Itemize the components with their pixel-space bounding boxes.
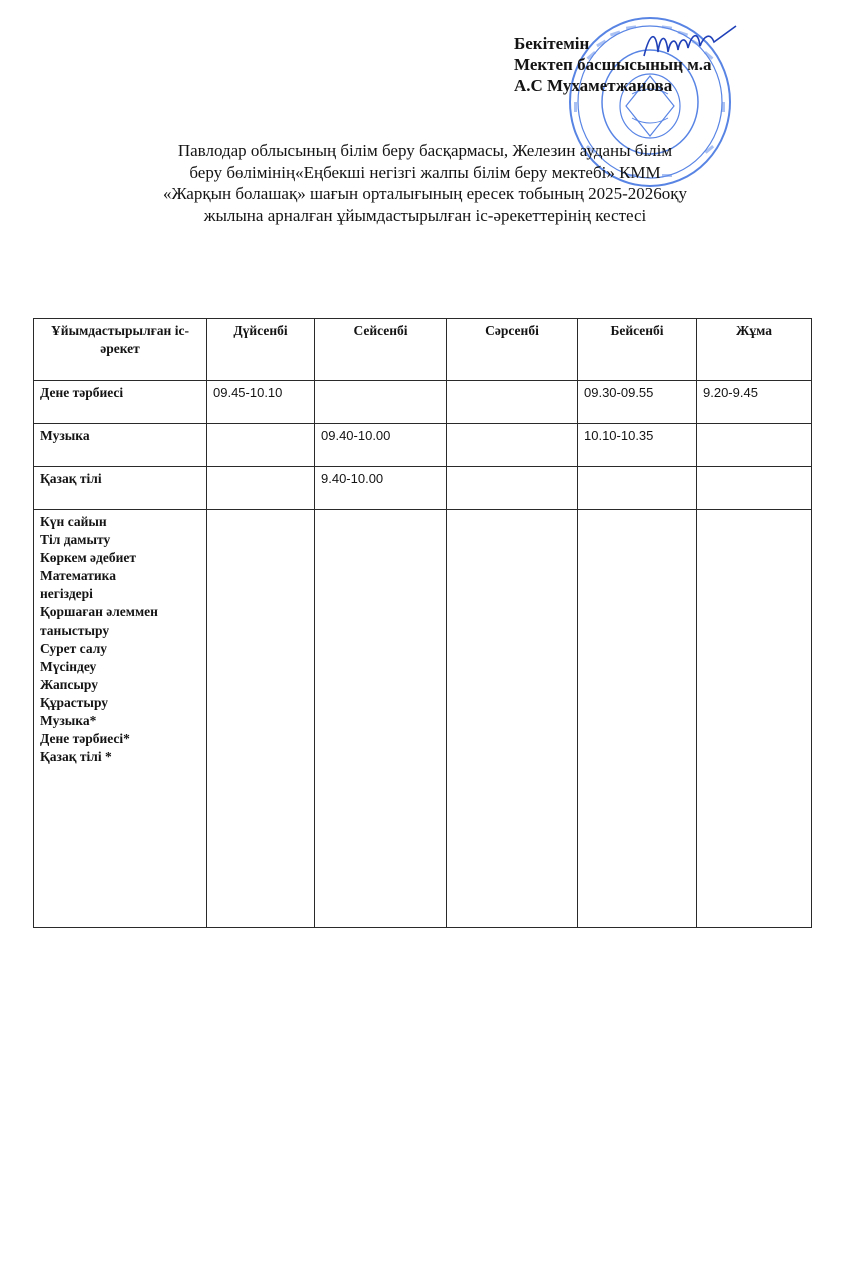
daily-activity: Музыка* [40,712,200,730]
time-cell-thursday: 10.10-10.35 [578,424,697,467]
time-cell-friday [697,424,812,467]
daily-activity: Сурет салу [40,640,200,658]
time-cell-thursday: 09.30-09.55 [578,381,697,424]
daily-activities-cell: Күн сайын Тіл дамыту Көркем әдебиет Мате… [34,510,207,928]
daily-activity: Күн сайын [40,513,200,531]
daily-activity: Қоршаған әлеммен [40,603,200,621]
daily-activity: Жапсыру [40,676,200,694]
time-cell-wednesday [447,424,578,467]
table-row: Дене тәрбиесі 09.45-10.10 09.30-09.55 9.… [34,381,812,424]
approval-line-name: А.С Мухаметжанова [514,75,712,96]
schedule-table: Ұйымдастырылған іс-әрекет Дүйсенбі Сейсе… [33,318,812,928]
daily-activity: негіздері [40,585,200,603]
header-monday: Дүйсенбі [207,319,315,381]
header-activity: Ұйымдастырылған іс-әрекет [34,319,207,381]
header-tuesday: Сейсенбі [315,319,447,381]
document-title: Павлодар облысының білім беру басқармасы… [80,140,770,226]
daily-activity: Тіл дамыту [40,531,200,549]
daily-activity: Дене тәрбиесі* [40,730,200,748]
time-cell-tuesday [315,381,447,424]
time-cell-friday: 9.20-9.45 [697,381,812,424]
daily-activity: Құрастыру [40,694,200,712]
daily-activity: таныстыру [40,622,200,640]
daily-activity: Математика [40,567,200,585]
time-cell-monday: 09.45-10.10 [207,381,315,424]
title-line-4: жылына арналған ұйымдастырылған іс-әреке… [80,205,770,227]
time-cell-friday [697,467,812,510]
time-cell-monday [207,467,315,510]
time-cell-tuesday: 09.40-10.00 [315,424,447,467]
time-cell-thursday [578,510,697,928]
time-cell-thursday [578,467,697,510]
daily-activities-row: Күн сайын Тіл дамыту Көркем әдебиет Мате… [34,510,812,928]
activity-cell: Музыка [34,424,207,467]
time-cell-tuesday [315,510,447,928]
time-cell-friday [697,510,812,928]
time-cell-wednesday [447,381,578,424]
daily-activity: Көркем әдебиет [40,549,200,567]
signature [640,22,740,62]
table-row: Қазақ тілі 9.40-10.00 [34,467,812,510]
header-thursday: Бейсенбі [578,319,697,381]
activity-cell: Дене тәрбиесі [34,381,207,424]
time-cell-wednesday [447,510,578,928]
header-friday: Жұма [697,319,812,381]
time-cell-monday [207,510,315,928]
title-line-3: «Жарқын болашақ» шағын орталығының ересе… [80,183,770,205]
activity-cell: Қазақ тілі [34,467,207,510]
title-line-2: беру бөлімінің«Еңбекші негізгі жалпы біл… [80,162,770,184]
table-row: Музыка 09.40-10.00 10.10-10.35 [34,424,812,467]
daily-activity: Қазақ тілі * [40,748,200,766]
daily-activity: Мүсіндеу [40,658,200,676]
table-header-row: Ұйымдастырылған іс-әрекет Дүйсенбі Сейсе… [34,319,812,381]
header-wednesday: Сәрсенбі [447,319,578,381]
time-cell-wednesday [447,467,578,510]
title-line-1: Павлодар облысының білім беру басқармасы… [80,140,770,162]
time-cell-tuesday: 9.40-10.00 [315,467,447,510]
time-cell-monday [207,424,315,467]
